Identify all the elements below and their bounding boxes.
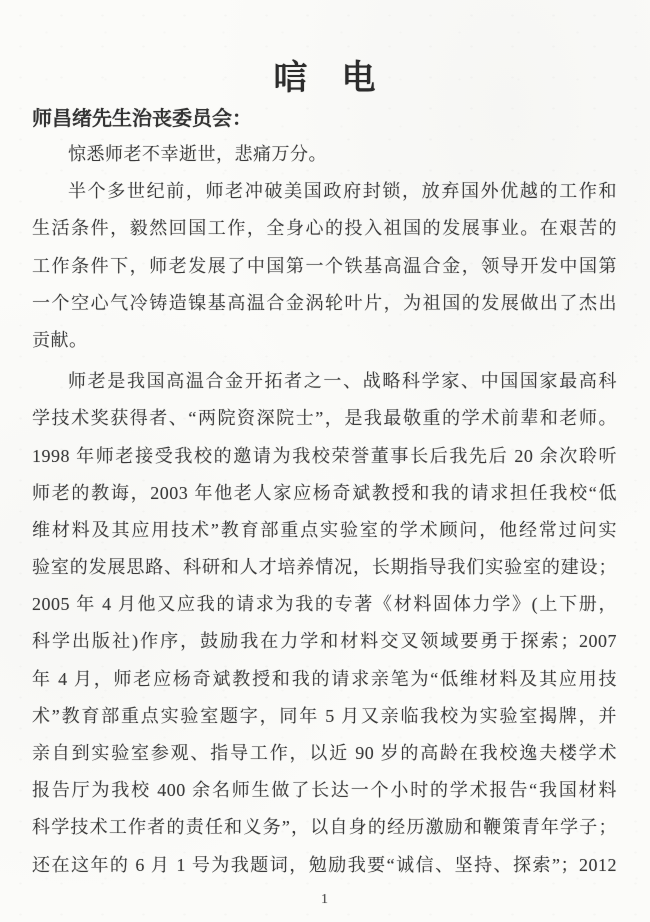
body-line: 师老是我国高温合金开拓者之一、战略科学家、中国国家最高科 [32,363,617,400]
body-line: 年 4 月，师老应杨奇斌教授和我的请求亲笔为“低维材料及其应用技 [32,661,617,698]
body-line: 科学技术工作者的责任和义务”，以自身的经历激励和鞭策青年学子； [32,809,617,846]
body-line: 工作条件下，师老发展了中国第一个铁基高温合金，领导开发中国第 [32,248,617,285]
document-content: 唁 电 师昌绪先生治丧委员会： 惊悉师老不幸逝世，悲痛万分。 半个多世纪前，师老… [32,0,617,910]
body-line: 惊悉师老不幸逝世，悲痛万分。 [32,136,617,173]
body-line: 还在这年的 6 月 1 号为我题词，勉励我要“诚信、坚持、探索”；2012 [32,847,617,884]
body-line: 维材料及其应用技术”教育部重点实验室的学术顾问，他经常过问实 [32,512,617,549]
document-title: 唁 电 [32,0,617,102]
body-line: 亲自到实验室参观、指导工作，以近 90 岁的高龄在我校逸夫楼学术 [32,735,617,772]
body-line: 半个多世纪前，师老冲破美国政府封锁，放弃国外优越的工作和 [32,173,617,210]
body-line: 科学出版社)作序，鼓励我在力学和材料交叉领域要勇于探索；2007 [32,623,617,660]
body-line: 一个空心气冷铸造镍基高温合金涡轮叶片，为祖国的发展做出了杰出 [32,285,617,322]
page-number: 1 [32,890,617,910]
body-line: 生活条件，毅然回国工作，全身心的投入祖国的发展事业。在艰苦的 [32,210,617,247]
body-line: 师老的教诲，2003 年他老人家应杨奇斌教授和我的请求担任我校“低 [32,475,617,512]
salutation-line: 师昌绪先生治丧委员会： [32,104,617,134]
body-line: 2005 年 4 月他又应我的请求为我的专著《材料固体力学》(上下册， [32,586,617,623]
body-line: 1998 年师老接受我校的邀请为我校荣誉董事长后我先后 20 余次聆听 [32,438,617,475]
body-line: 术”教育部重点实验室题字，同年 5 月又亲临我校为实验室揭牌，并 [32,698,617,735]
body-line: 学技术奖获得者、“两院资深院士”，是我最敬重的学术前辈和老师。 [32,400,617,437]
body-line: 验室的发展思路、科研和人才培养情况，长期指导我们实验室的建设； [32,549,617,586]
scanned-document-page: 唁 电 师昌绪先生治丧委员会： 惊悉师老不幸逝世，悲痛万分。 半个多世纪前，师老… [0,0,650,922]
body-line: 贡献。 [32,322,617,359]
document-body: 惊悉师老不幸逝世，悲痛万分。 半个多世纪前，师老冲破美国政府封锁，放弃国外优越的… [32,136,617,884]
body-line: 报告厅为我校 400 余名师生做了长达一个小时的学术报告“我国材料 [32,772,617,809]
